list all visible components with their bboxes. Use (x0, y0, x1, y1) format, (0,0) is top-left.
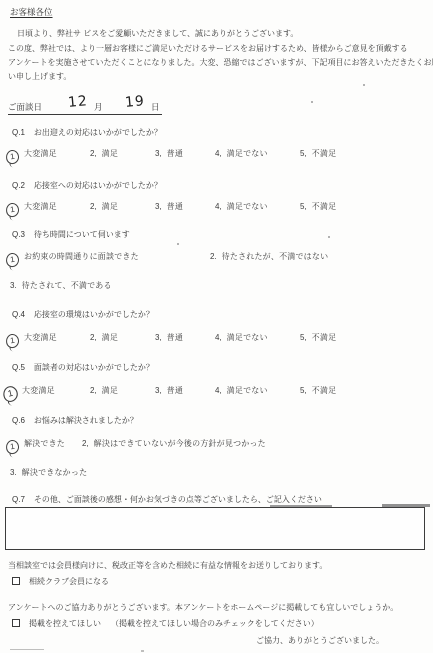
q5-option-5[interactable]: 5,不満足 (300, 385, 336, 396)
q5-option-1[interactable]: 1大変満足 (4, 385, 55, 401)
club-membership-label: 相続クラブ会員になる (29, 577, 109, 586)
q2-option-5[interactable]: 5,不満足 (300, 201, 336, 212)
scan-artifact (270, 505, 332, 507)
answer-circle-mark: 1 (5, 202, 20, 218)
question-5-text: 面談者の対応はいかがでしたか？ (34, 363, 154, 372)
question-3-text: 待ち時間について伺います (34, 230, 130, 239)
q6-option-3[interactable]: 3.解決できなかった (10, 467, 87, 478)
publish-optout-note: （掲載を控えてほしい場合のみチェックをしてください） (111, 619, 319, 628)
month-unit-label: 月 (94, 101, 103, 113)
q3-option-2[interactable]: 2.待たされたが、不満ではない (210, 251, 328, 262)
question-1-text: お出迎えの対応はいかがでしたか？ (34, 128, 162, 137)
question-2-text: 応接室への対応はいかがでしたか？ (34, 181, 162, 190)
club-membership-row: 相続クラブ会員になる (12, 576, 109, 587)
answer-circle-mark: 1 (5, 252, 20, 268)
q4-option-2[interactable]: 2,満足 (90, 332, 118, 343)
scan-artifact (177, 243, 179, 245)
question-1-id: Q.1 (12, 128, 25, 137)
question-2-heading: Q.2応接室への対応はいかがでしたか？ (12, 180, 162, 191)
answer-circle-mark: 1 (5, 149, 20, 165)
q6-option-2[interactable]: 2,解決はできていないが今後の方針が見つかった (82, 438, 266, 449)
q6-option-1[interactable]: 1解決できた (6, 438, 65, 454)
answer-circle-mark: 1 (5, 333, 20, 349)
scan-artifact (141, 650, 144, 652)
question-6-id: Q.6 (12, 416, 25, 425)
question-5-id: Q.5 (12, 363, 25, 372)
question-3-options-row-2: 3.待たされて、不満である (0, 280, 433, 298)
scan-artifact (382, 504, 430, 507)
intro-line-4: い申し上げます。 (8, 71, 71, 82)
page-title: お客様各位 (10, 6, 53, 18)
question-1-heading: Q.1お出迎えの対応はいかがでしたか？ (12, 127, 162, 138)
q1-option-4[interactable]: 4,満足でない (215, 148, 268, 159)
q4-option-3[interactable]: 3,普通 (155, 332, 183, 343)
question-2-id: Q.2 (12, 181, 25, 190)
question-7-id: Q.7 (12, 495, 25, 504)
interview-date-label: ご面談日 (8, 101, 42, 113)
question-7-heading: Q.7その他、ご面談後の感想・何かお気づきの点等ございましたら、ご記入ください (12, 494, 322, 505)
question-6-options-row-1: 1解決できた 2,解決はできていないが今後の方針が見つかった (0, 438, 433, 456)
question-3-id: Q.3 (12, 230, 25, 239)
question-4-heading: Q.4応接室の環境はいかがでしたか？ (12, 309, 154, 320)
publish-optout-label: 掲載を控えてほしい (29, 619, 101, 628)
question-7-text: その他、ご面談後の感想・何かお気づきの点等ございましたら、ご記入ください (34, 495, 322, 504)
answer-circle-mark: 1 (2, 385, 20, 404)
club-info-note: 当相談室では会員様向けに、税改正等を含めた相続に有益な情報をお送りしております。 (8, 560, 327, 571)
publish-optout-checkbox[interactable] (12, 619, 20, 627)
q1-option-2[interactable]: 2,満足 (90, 148, 118, 159)
intro-line-2: この度、弊社では、より一層お客様にご満足いただけるサービスをお届けするため、皆様… (8, 43, 408, 54)
question-4-id: Q.4 (12, 310, 25, 319)
closing-thanks: ご協力、ありがとうございました。 (256, 635, 384, 646)
interview-date-line: ご面談日 12 月 19 日 (8, 94, 162, 115)
q2-option-2[interactable]: 2,満足 (90, 201, 118, 212)
q5-option-4[interactable]: 4,満足でない (215, 385, 268, 396)
question-6-options-row-2: 3.解決できなかった (0, 467, 433, 485)
publish-permission-note: アンケートへのご協力ありがとうございます。本アンケートをホームページに掲載しても… (8, 602, 398, 613)
question-3-heading: Q.3待ち時間について伺います (12, 229, 130, 240)
question-1-options-row: 1大変満足 2,満足 3,普通 4,満足でない 5,不満足 (0, 148, 433, 166)
question-5-options-row: 1大変満足 2,満足 3,普通 4,満足でない 5,不満足 (0, 385, 433, 403)
q1-option-3[interactable]: 3,普通 (155, 148, 183, 159)
q2-option-1[interactable]: 1大変満足 (6, 201, 57, 217)
scan-artifact (311, 101, 313, 103)
question-3-options-row-1: 1お約束の時間通りに面談できた 2.待たされたが、不満ではない (0, 251, 433, 269)
q3-option-1[interactable]: 1お約束の時間通りに面談できた (6, 251, 139, 267)
q1-option-5[interactable]: 5,不満足 (300, 148, 336, 159)
question-5-heading: Q.5面談者の対応はいかがでしたか？ (12, 362, 154, 373)
question-2-options-row: 1大変満足 2,満足 3,普通 4,満足でない 5,不満足 (0, 201, 433, 219)
q4-option-1[interactable]: 1大変満足 (6, 332, 57, 348)
question-6-heading: Q.6お悩みは解決されましたか？ (12, 415, 138, 426)
question-6-text: お悩みは解決されましたか？ (34, 416, 138, 425)
question-4-text: 応接室の環境はいかがでしたか？ (34, 310, 154, 319)
q3-option-3[interactable]: 3.待たされて、不満である (10, 280, 112, 291)
scan-artifact (10, 649, 44, 650)
scan-artifact (363, 84, 365, 86)
q2-option-4[interactable]: 4,満足でない (215, 201, 268, 212)
q1-option-1[interactable]: 1大変満足 (6, 148, 57, 164)
q4-option-4[interactable]: 4,満足でない (215, 332, 268, 343)
answer-circle-mark: 1 (5, 439, 20, 455)
q5-option-2[interactable]: 2,満足 (90, 385, 118, 396)
scanned-survey-page: { "doc": { "heading": "お客様各位", "intro": … (0, 0, 433, 653)
q5-option-3[interactable]: 3,普通 (155, 385, 183, 396)
handwritten-day-value: 19 (124, 93, 145, 111)
club-membership-checkbox[interactable] (12, 577, 20, 585)
intro-line-1: 日頃より、弊社サ ビスをご愛顧いただきまして、誠にありがとうございます。 (17, 28, 298, 39)
question-4-options-row: 1大変満足 2,満足 3,普通 4,満足でない 5,不満足 (0, 332, 433, 350)
publish-optout-row: 掲載を控えてほしい（掲載を控えてほしい場合のみチェックをしてください） (12, 618, 319, 629)
intro-line-3: アンケートを実施させていただくことになりました。大変、恐縮ではございますが、下記… (8, 57, 433, 68)
q2-option-3[interactable]: 3,普通 (155, 201, 183, 212)
scan-artifact (328, 236, 330, 238)
q4-option-5[interactable]: 5,不満足 (300, 332, 336, 343)
day-unit-label: 日 (151, 101, 160, 113)
free-comment-box[interactable] (5, 507, 425, 550)
handwritten-month-value: 12 (67, 93, 88, 111)
